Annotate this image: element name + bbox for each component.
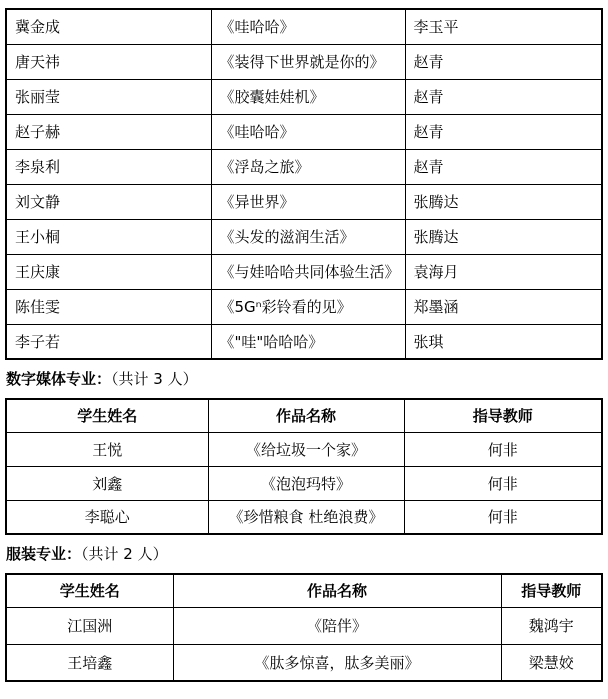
teacher-cell: 赵青 <box>405 79 602 114</box>
student-name-cell: 王庆康 <box>6 254 211 289</box>
table-row: 陈佳雯 《5Gⁿ彩铃看的见》 郑墨涵 <box>6 289 602 324</box>
student-name-cell: 冀金成 <box>6 9 211 44</box>
work-title-cell: 《泡泡玛特》 <box>208 466 404 500</box>
student-name-cell: 陈佳雯 <box>6 289 211 324</box>
table-row: 王悦 《给垃圾一个家》 何非 <box>6 432 602 466</box>
work-title-cell: 《浮岛之旅》 <box>211 149 405 184</box>
student-name-cell: 李聪心 <box>6 500 208 534</box>
student-works-table-continued: 冀金成 《哇哈哈》 李玉平 唐天祎 《装得下世界就是你的》 赵青 张丽莹 《胶囊… <box>5 8 603 360</box>
work-title-cell: 《与娃哈哈共同体验生活》 <box>211 254 405 289</box>
section-title: 数字媒体专业： <box>6 370 111 388</box>
teacher-cell: 魏鸿宇 <box>501 607 602 644</box>
table-row: 刘文静 《异世界》 张腾达 <box>6 184 602 219</box>
work-title-cell: 《装得下世界就是你的》 <box>211 44 405 79</box>
teacher-cell: 赵青 <box>405 44 602 79</box>
work-title-cell: 《珍惜粮食 杜绝浪费》 <box>208 500 404 534</box>
teacher-cell: 袁海月 <box>405 254 602 289</box>
teacher-cell: 赵青 <box>405 149 602 184</box>
col-header-work-title: 作品名称 <box>208 399 404 432</box>
student-name-cell: 江国洲 <box>6 607 173 644</box>
table-row: 王庆康 《与娃哈哈共同体验生活》 袁海月 <box>6 254 602 289</box>
teacher-cell: 张腾达 <box>405 219 602 254</box>
fashion-table: 学生姓名 作品名称 指导教师 江国洲 《陪伴》 魏鸿宇 王培鑫 《肽多惊喜，肽多… <box>5 573 603 682</box>
table-row: 江国洲 《陪伴》 魏鸿宇 <box>6 607 602 644</box>
teacher-cell: 何非 <box>404 500 602 534</box>
student-name-cell: 张丽莹 <box>6 79 211 114</box>
col-header-teacher: 指导教师 <box>501 574 602 607</box>
table-row: 刘鑫 《泡泡玛特》 何非 <box>6 466 602 500</box>
section-title: 服装专业： <box>6 545 81 563</box>
student-name-cell: 刘鑫 <box>6 466 208 500</box>
table-header-row: 学生姓名 作品名称 指导教师 <box>6 574 602 607</box>
work-title-cell: 《哇哈哈》 <box>211 9 405 44</box>
work-title-cell: 《给垃圾一个家》 <box>208 432 404 466</box>
work-title-cell: 《异世界》 <box>211 184 405 219</box>
teacher-cell: 赵青 <box>405 114 602 149</box>
table-row: 张丽莹 《胶囊娃娃机》 赵青 <box>6 79 602 114</box>
work-title-cell: 《5Gⁿ彩铃看的见》 <box>211 289 405 324</box>
teacher-cell: 李玉平 <box>405 9 602 44</box>
teacher-cell: 张琪 <box>405 324 602 359</box>
table-row: 王培鑫 《肽多惊喜，肽多美丽》 梁慧姣 <box>6 644 602 681</box>
teacher-cell: 何非 <box>404 432 602 466</box>
student-name-cell: 王悦 <box>6 432 208 466</box>
teacher-cell: 张腾达 <box>405 184 602 219</box>
col-header-work-title: 作品名称 <box>173 574 501 607</box>
student-name-cell: 唐天祎 <box>6 44 211 79</box>
section-count: （共计 2 人） <box>81 545 168 563</box>
digital-media-table: 学生姓名 作品名称 指导教师 王悦 《给垃圾一个家》 何非 刘鑫 《泡泡玛特》 … <box>5 398 603 535</box>
table-row: 李子若 《"哇"哈哈哈》 张琪 <box>6 324 602 359</box>
document-page: 冀金成 《哇哈哈》 李玉平 唐天祎 《装得下世界就是你的》 赵青 张丽莹 《胶囊… <box>0 0 608 699</box>
work-title-cell: 《胶囊娃娃机》 <box>211 79 405 114</box>
table-row: 王小桐 《头发的滋润生活》 张腾达 <box>6 219 602 254</box>
table-row: 赵子赫 《哇哈哈》 赵青 <box>6 114 602 149</box>
work-title-cell: 《头发的滋润生活》 <box>211 219 405 254</box>
teacher-cell: 何非 <box>404 466 602 500</box>
teacher-cell: 梁慧姣 <box>501 644 602 681</box>
table-row: 李泉利 《浮岛之旅》 赵青 <box>6 149 602 184</box>
section-heading-digital-media: 数字媒体专业：（共计 3 人） <box>6 370 601 389</box>
col-header-student-name: 学生姓名 <box>6 399 208 432</box>
work-title-cell: 《哇哈哈》 <box>211 114 405 149</box>
student-name-cell: 王培鑫 <box>6 644 173 681</box>
col-header-student-name: 学生姓名 <box>6 574 173 607</box>
table-row: 李聪心 《珍惜粮食 杜绝浪费》 何非 <box>6 500 602 534</box>
table-header-row: 学生姓名 作品名称 指导教师 <box>6 399 602 432</box>
section-count: （共计 3 人） <box>111 370 198 388</box>
table-row: 冀金成 《哇哈哈》 李玉平 <box>6 9 602 44</box>
student-name-cell: 王小桐 <box>6 219 211 254</box>
section-heading-fashion: 服装专业：（共计 2 人） <box>6 545 601 564</box>
teacher-cell: 郑墨涵 <box>405 289 602 324</box>
work-title-cell: 《"哇"哈哈哈》 <box>211 324 405 359</box>
col-header-teacher: 指导教师 <box>404 399 602 432</box>
student-name-cell: 赵子赫 <box>6 114 211 149</box>
student-name-cell: 李子若 <box>6 324 211 359</box>
table-row: 唐天祎 《装得下世界就是你的》 赵青 <box>6 44 602 79</box>
student-name-cell: 李泉利 <box>6 149 211 184</box>
student-name-cell: 刘文静 <box>6 184 211 219</box>
work-title-cell: 《陪伴》 <box>173 607 501 644</box>
work-title-cell: 《肽多惊喜，肽多美丽》 <box>173 644 501 681</box>
